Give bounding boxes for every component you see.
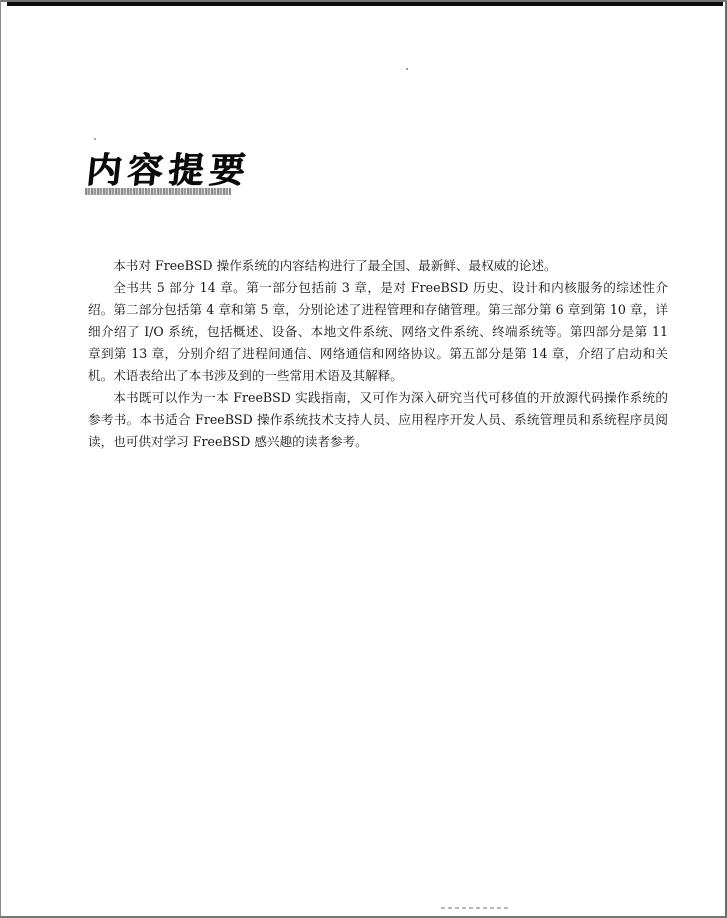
scan-speck [406,68,408,70]
section-heading: 内容提要 [84,143,253,193]
scanned-page: 内容提要 本书对 FreeBSD 操作系统的内容结构进行了最全国、最新鲜、最权威… [0,0,727,918]
scan-bottom-marks [441,907,511,909]
heading-decorative-rule [85,188,231,195]
paragraph-structure: 全书共 5 部分 14 章。第一部分包括前 3 章，是对 FreeBSD 历史、… [88,277,668,387]
scan-top-border [7,2,723,6]
paragraph-intro: 本书对 FreeBSD 操作系统的内容结构进行了最全国、最新鲜、最权威的论述。 [88,255,668,277]
paragraph-audience: 本书既可以作为一本 FreeBSD 实践指南，又可作为深入研究当代可移值的开放源… [88,387,668,453]
scan-speck [94,138,96,140]
abstract-body: 本书对 FreeBSD 操作系统的内容结构进行了最全国、最新鲜、最权威的论述。 … [88,255,668,453]
